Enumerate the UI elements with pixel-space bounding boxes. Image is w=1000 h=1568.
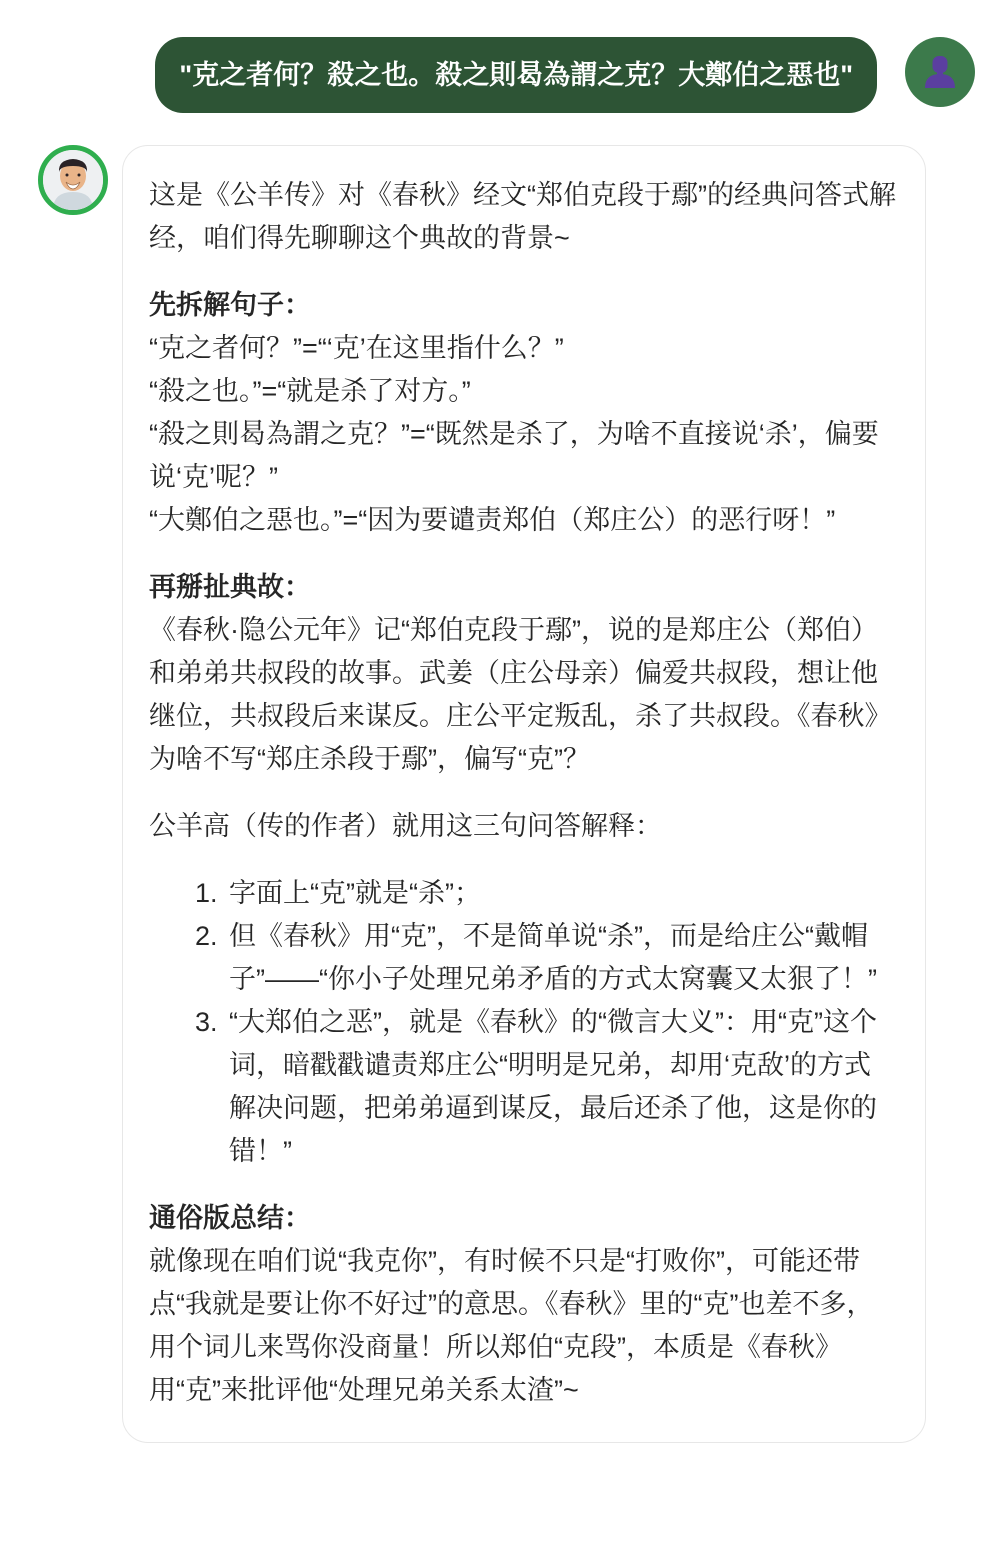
- section-breakdown: 先拆解句子： “克之者何？”=“‘克’在这里指什么？” “殺之也。”=“就是杀了…: [149, 284, 897, 542]
- section-allusion: 再掰扯典故： 《春秋·隐公元年》记“郑伯克段于鄢”，说的是郑庄公（郑伯）和弟弟共…: [149, 566, 897, 781]
- assistant-message-bubble: 这是《公羊传》对《春秋》经文“郑伯克段于鄢”的经典问答式解经，咱们得先聊聊这个典…: [122, 145, 926, 1443]
- explanation-list-item: 字面上“克”就是“杀”；: [225, 872, 897, 915]
- explanation-list: 字面上“克”就是“杀”； 但《春秋》用“克”，不是简单说“杀”，而是给庄公“戴帽…: [149, 872, 897, 1173]
- section-summary-heading: 通俗版总结：: [149, 1197, 897, 1240]
- section-allusion-heading: 再掰扯典故：: [149, 566, 897, 609]
- explanation-list-item: 但《春秋》用“克”，不是简单说“杀”，而是给庄公“戴帽子”——“你小子处理兄弟矛…: [225, 915, 897, 1001]
- user-person-icon: [918, 50, 962, 94]
- section-summary-body: 就像现在咱们说“我克你”，有时候不只是“打败你”，可能还带点“我就是要让你不好过…: [149, 1240, 897, 1412]
- explanation-list-item: “大郑伯之恶”，就是《春秋》的“微言大义”：用“克”这个词，暗戳戳谴责郑庄公“明…: [225, 1001, 897, 1173]
- user-avatar[interactable]: [905, 37, 975, 107]
- user-message-row: "克之者何？殺之也。殺之則曷為謂之克？大鄭伯之惡也": [0, 0, 1000, 113]
- breakdown-line: “大鄭伯之惡也。”=“因为要谴责郑伯（郑庄公）的恶行呀！”: [149, 499, 897, 542]
- assistant-message-row: 这是《公羊传》对《春秋》经文“郑伯克段于鄢”的经典问答式解经，咱们得先聊聊这个典…: [0, 113, 1000, 1443]
- transition-paragraph: 公羊高（传的作者）就用这三句问答解释：: [149, 805, 897, 848]
- user-message-bubble: "克之者何？殺之也。殺之則曷為謂之克？大鄭伯之惡也": [155, 37, 877, 113]
- assistant-avatar-photo: [43, 150, 103, 210]
- assistant-avatar[interactable]: [38, 145, 108, 215]
- breakdown-line: “克之者何？”=“‘克’在这里指什么？”: [149, 327, 897, 370]
- section-summary: 通俗版总结： 就像现在咱们说“我克你”，有时候不只是“打败你”，可能还带点“我就…: [149, 1197, 897, 1412]
- chat-page: "克之者何？殺之也。殺之則曷為謂之克？大鄭伯之惡也" 这是《公羊传》: [0, 0, 1000, 1568]
- section-breakdown-heading: 先拆解句子：: [149, 284, 897, 327]
- breakdown-line: “殺之則曷為謂之克？”=“既然是杀了，为啥不直接说‘杀’，偏要说‘克’呢？”: [149, 413, 897, 499]
- breakdown-line: “殺之也。”=“就是杀了对方。”: [149, 370, 897, 413]
- user-message-text: "克之者何？殺之也。殺之則曷為謂之克？大鄭伯之惡也": [179, 60, 853, 90]
- section-allusion-body: 《春秋·隐公元年》记“郑伯克段于鄢”，说的是郑庄公（郑伯）和弟弟共叔段的故事。武…: [149, 609, 897, 781]
- intro-paragraph: 这是《公羊传》对《春秋》经文“郑伯克段于鄢”的经典问答式解经，咱们得先聊聊这个典…: [149, 174, 897, 260]
